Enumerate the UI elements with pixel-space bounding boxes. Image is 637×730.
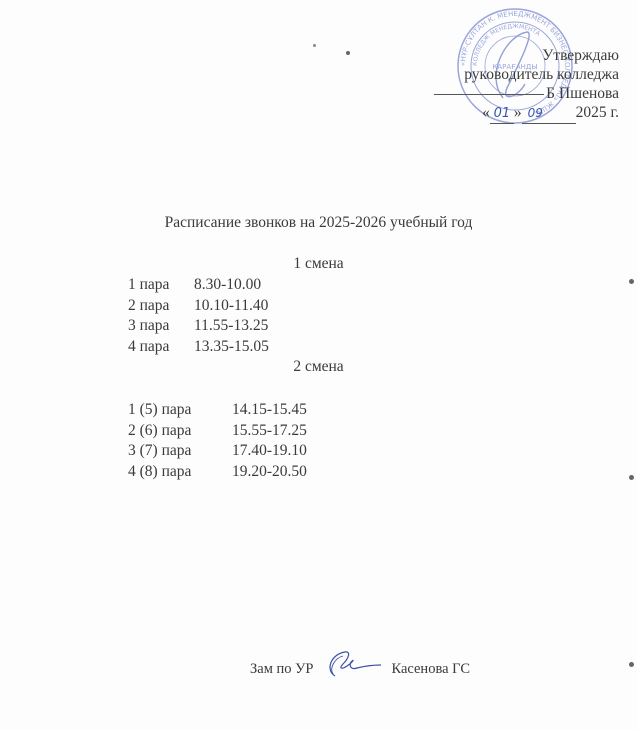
pair-time: 10.10-11.40 (194, 296, 268, 317)
pair-label: 1 (5) пара (128, 400, 232, 421)
pair-label: 1 пара (128, 275, 194, 296)
date-open-quote: « (482, 104, 490, 121)
date-year: 2025 г. (576, 104, 619, 121)
pair-time: 8.30-10.00 (194, 275, 261, 296)
date-month: 09 (522, 104, 576, 124)
handwritten-signature-icon (321, 648, 383, 680)
date-day: 01 (490, 104, 514, 124)
schedule-row: 3 пара11.55-13.25 (128, 316, 269, 337)
pair-time: 14.15-15.45 (232, 400, 307, 421)
pair-label: 2 пара (128, 296, 194, 317)
schedule-row: 1 (5) пара14.15-15.45 (128, 400, 307, 421)
pair-label: 4 (8) пара (128, 462, 232, 483)
pair-label: 3 (7) пара (128, 441, 232, 462)
signer-name: Касенова ГС (391, 661, 470, 678)
date-close-quote: » (514, 104, 522, 121)
shift-2-heading: 2 смена (0, 358, 637, 376)
schedule-row: 1 пара8.30-10.00 (128, 275, 269, 296)
pair-time: 13.35-15.05 (194, 337, 269, 358)
approval-date: «01»092025 г. (434, 103, 619, 124)
pair-label: 2 (6) пара (128, 421, 232, 442)
shift-2-schedule: 1 (5) пара14.15-15.45 2 (6) пара15.55-17… (128, 400, 307, 482)
document-title: Расписание звонков на 2025-2026 учебный … (0, 214, 637, 232)
scan-dot (629, 662, 634, 667)
scan-dot (629, 279, 634, 284)
pair-time: 19.20-20.50 (232, 462, 307, 483)
document-page: «НҰР-СҰЛТАН К. МЕНЕДЖМЕНТ БИЗНЕС КОЛЛЕДЖ… (0, 0, 637, 730)
scan-dot (313, 44, 316, 47)
pair-label: 4 пара (128, 337, 194, 358)
schedule-row: 2 (6) пара15.55-17.25 (128, 421, 307, 442)
approver-name-line: Б Пшенова (434, 84, 619, 103)
schedule-row: 4 пара13.35-15.05 (128, 337, 269, 358)
signer-role: Зам по УР (250, 661, 313, 678)
schedule-row: 2 пара10.10-11.40 (128, 296, 269, 317)
approver-name: Б Пшенова (546, 85, 619, 102)
schedule-row: 4 (8) пара19.20-20.50 (128, 462, 307, 483)
shift-1-heading: 1 смена (0, 255, 637, 273)
signature-line (434, 94, 544, 95)
pair-time: 15.55-17.25 (232, 421, 307, 442)
shift-1-schedule: 1 пара8.30-10.00 2 пара10.10-11.40 3 пар… (128, 275, 269, 357)
pair-time: 11.55-13.25 (194, 316, 268, 337)
approval-block: Утверждаю руководитель колледжа Б Пшенов… (434, 46, 619, 124)
pair-time: 17.40-19.10 (232, 441, 307, 462)
pair-label: 3 пара (128, 316, 194, 337)
footer-signature: Зам по УР Касенова ГС (250, 653, 470, 685)
approver-position: руководитель колледжа (434, 65, 619, 84)
schedule-row: 3 (7) пара17.40-19.10 (128, 441, 307, 462)
scan-dot (346, 51, 350, 55)
scan-dot (629, 475, 634, 480)
approve-label: Утверждаю (434, 46, 619, 65)
